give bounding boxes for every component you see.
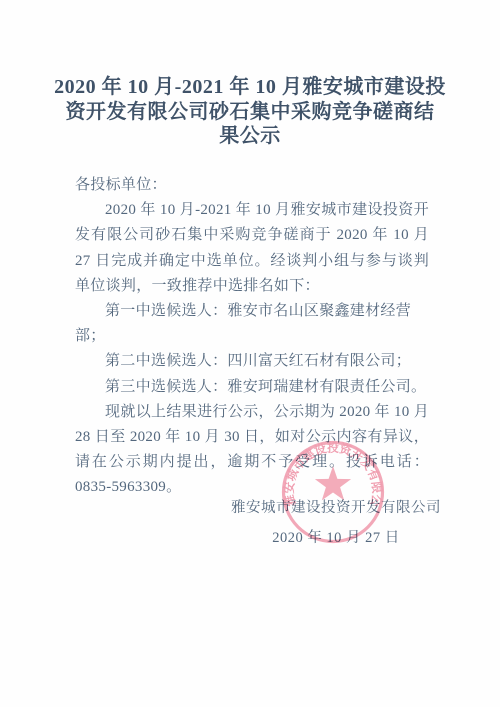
candidate-line-1: 第一中选候选人：雅安市名山区聚鑫建材经营部； bbox=[75, 299, 429, 349]
document-body: 各投标单位： 2020 年 10 月-2021 年 10 月雅安城市建设投资开发… bbox=[75, 173, 429, 501]
candidate-line-3: 第三中选候选人：雅安珂瑞建材有限责任公司。 bbox=[75, 375, 429, 400]
signature-company: 雅安城市建设投资开发有限公司 bbox=[228, 496, 444, 517]
title-line-1: 2020 年 10 月-2021 年 10 月雅安城市建设投 bbox=[0, 75, 500, 100]
document-page: 2020 年 10 月-2021 年 10 月雅安城市建设投 资开发有限公司砂石… bbox=[0, 0, 500, 707]
candidate-line-2: 第二中选候选人：四川富天红石材有限公司； bbox=[75, 349, 429, 374]
signature-block: 雅安城市建设投资开发有限公司 2020 年 10 月 27 日 bbox=[228, 496, 444, 547]
document-title: 2020 年 10 月-2021 年 10 月雅安城市建设投 资开发有限公司砂石… bbox=[0, 75, 500, 149]
signature-date: 2020 年 10 月 27 日 bbox=[228, 526, 444, 547]
title-line-2: 资开发有限公司砂石集中采购竞争磋商结 bbox=[0, 100, 500, 125]
title-line-3: 果公示 bbox=[0, 124, 500, 149]
paragraph-announcement: 2020 年 10 月-2021 年 10 月雅安城市建设投资开发有限公司砂石集… bbox=[75, 198, 429, 299]
paragraph-publicity-period: 现就以上结果进行公示，公示期为 2020 年 10 月 28 日至 2020 年… bbox=[75, 400, 429, 501]
salutation: 各投标单位： bbox=[75, 173, 429, 198]
